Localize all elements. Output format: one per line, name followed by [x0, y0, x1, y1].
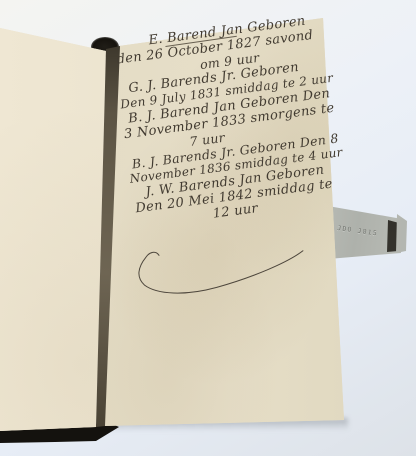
ink-flourish-path — [138, 245, 305, 296]
handwriting-block: E. Barend Jan Geboren den 26 October 182… — [112, 8, 375, 232]
ink-flourish-curve — [126, 233, 319, 313]
photo-background: JDO J815 E. Barend Jan Geboren den 26 Oc… — [0, 0, 416, 456]
